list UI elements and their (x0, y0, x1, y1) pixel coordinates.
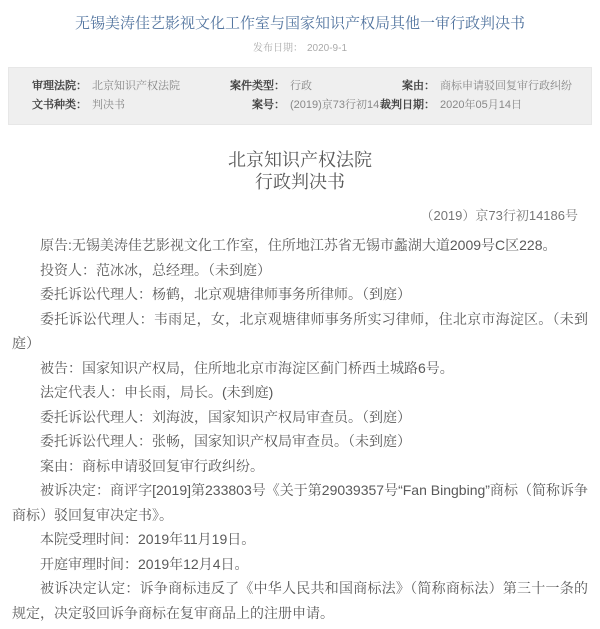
judgment-document: 北京知识产权法院 行政判决书 （2019）京73行初14186号 原告:无锡美涛… (0, 149, 600, 625)
judgment-date-value: 2020年05月14日 (440, 99, 522, 111)
case-number-value: (2019)京73行初14186号 (290, 99, 379, 111)
paragraph-legal-representative: 法定代表人：申长雨，局长。(未到庭) (12, 380, 588, 405)
meta-case-number: 案号：(2019)京73行初14186号 (229, 96, 379, 115)
case-type-label: 案件类型： (229, 77, 285, 96)
case-number-label: 案号： (229, 96, 285, 115)
document-type-heading: 行政判决书 (12, 171, 588, 193)
trial-court-label: 审理法院： (31, 77, 87, 96)
case-meta-panel: 审理法院：北京知识产权法院 案件类型：行政 案由：商标申请驳回复审行政纠纷 文书… (8, 67, 592, 125)
doc-category-label: 文书种类： (31, 96, 87, 115)
meta-judgment-date: 裁判日期：2020年05月14日 (379, 96, 579, 115)
paragraph-defendant: 被告：国家知识产权局，住所地北京市海淀区蓟门桥西土城路6号。 (12, 356, 588, 381)
paragraph-acceptance-date: 本院受理时间：2019年11月19日。 (12, 527, 588, 552)
paragraph-sued-decision: 被诉决定：商评字[2019]第233803号《关于第29039357号“Fan … (12, 478, 588, 527)
case-meta-row-1: 审理法院：北京知识产权法院 案件类型：行政 案由：商标申请驳回复审行政纠纷 (31, 77, 579, 96)
doc-category-value: 判决书 (92, 99, 125, 111)
case-number: （2019）京73行初14186号 (12, 205, 578, 224)
judgment-body: 原告:无锡美涛佳艺影视文化工作室，住所地江苏省无锡市蠡湖大道2009号C区228… (12, 233, 588, 625)
paragraph-investor: 投资人：范冰冰，总经理。（未到庭） (12, 258, 588, 283)
judgment-date-label: 裁判日期： (379, 96, 435, 115)
meta-case-type: 案件类型：行政 (229, 77, 379, 96)
paragraph-hearing-date: 开庭审理时间：2019年12月4日。 (12, 552, 588, 577)
paragraph-plaintiff-attorney-1: 委托诉讼代理人：杨鹤，北京观塘律师事务所律师。（到庭） (12, 282, 588, 307)
publish-date: 发布日期：2020-9-1 (0, 43, 600, 55)
cause-of-action-value: 商标申请驳回复审行政纠纷 (440, 80, 572, 92)
meta-doc-category: 文书种类：判决书 (31, 96, 229, 115)
paragraph-defendant-attorney-1: 委托诉讼代理人：刘海波，国家知识产权局审查员。（到庭） (12, 405, 588, 430)
publish-date-value: 2020-9-1 (307, 43, 347, 54)
paragraph-plaintiff-attorney-2: 委托诉讼代理人：韦雨足，女，北京观塘律师事务所实习律师，住北京市海淀区。（未到庭… (12, 307, 588, 356)
trial-court-value: 北京知识产权法院 (92, 80, 180, 92)
meta-cause-of-action: 案由：商标申请驳回复审行政纠纷 (379, 77, 579, 96)
meta-trial-court: 审理法院：北京知识产权法院 (31, 77, 229, 96)
court-name-heading: 北京知识产权法院 (12, 149, 588, 171)
paragraph-plaintiff: 原告:无锡美涛佳艺影视文化工作室，住所地江苏省无锡市蠡湖大道2009号C区228… (12, 233, 588, 258)
case-meta-row-2: 文书种类：判决书 案号：(2019)京73行初14186号 裁判日期：2020年… (31, 96, 579, 115)
publish-date-label: 发布日期： (253, 43, 303, 54)
paragraph-decision-findings: 被诉决定认定：诉争商标违反了《中华人民共和国商标法》（简称商标法）第三十一条的规… (12, 576, 588, 625)
paragraph-defendant-attorney-2: 委托诉讼代理人：张畅，国家知识产权局审查员。（未到庭） (12, 429, 588, 454)
cause-of-action-label: 案由： (379, 77, 435, 96)
page-title: 无锡美涛佳艺影视文化工作室与国家知识产权局其他一审行政判决书 (0, 0, 600, 35)
paragraph-cause-of-action: 案由：商标申请驳回复审行政纠纷。 (12, 454, 588, 479)
case-type-value: 行政 (290, 80, 312, 92)
